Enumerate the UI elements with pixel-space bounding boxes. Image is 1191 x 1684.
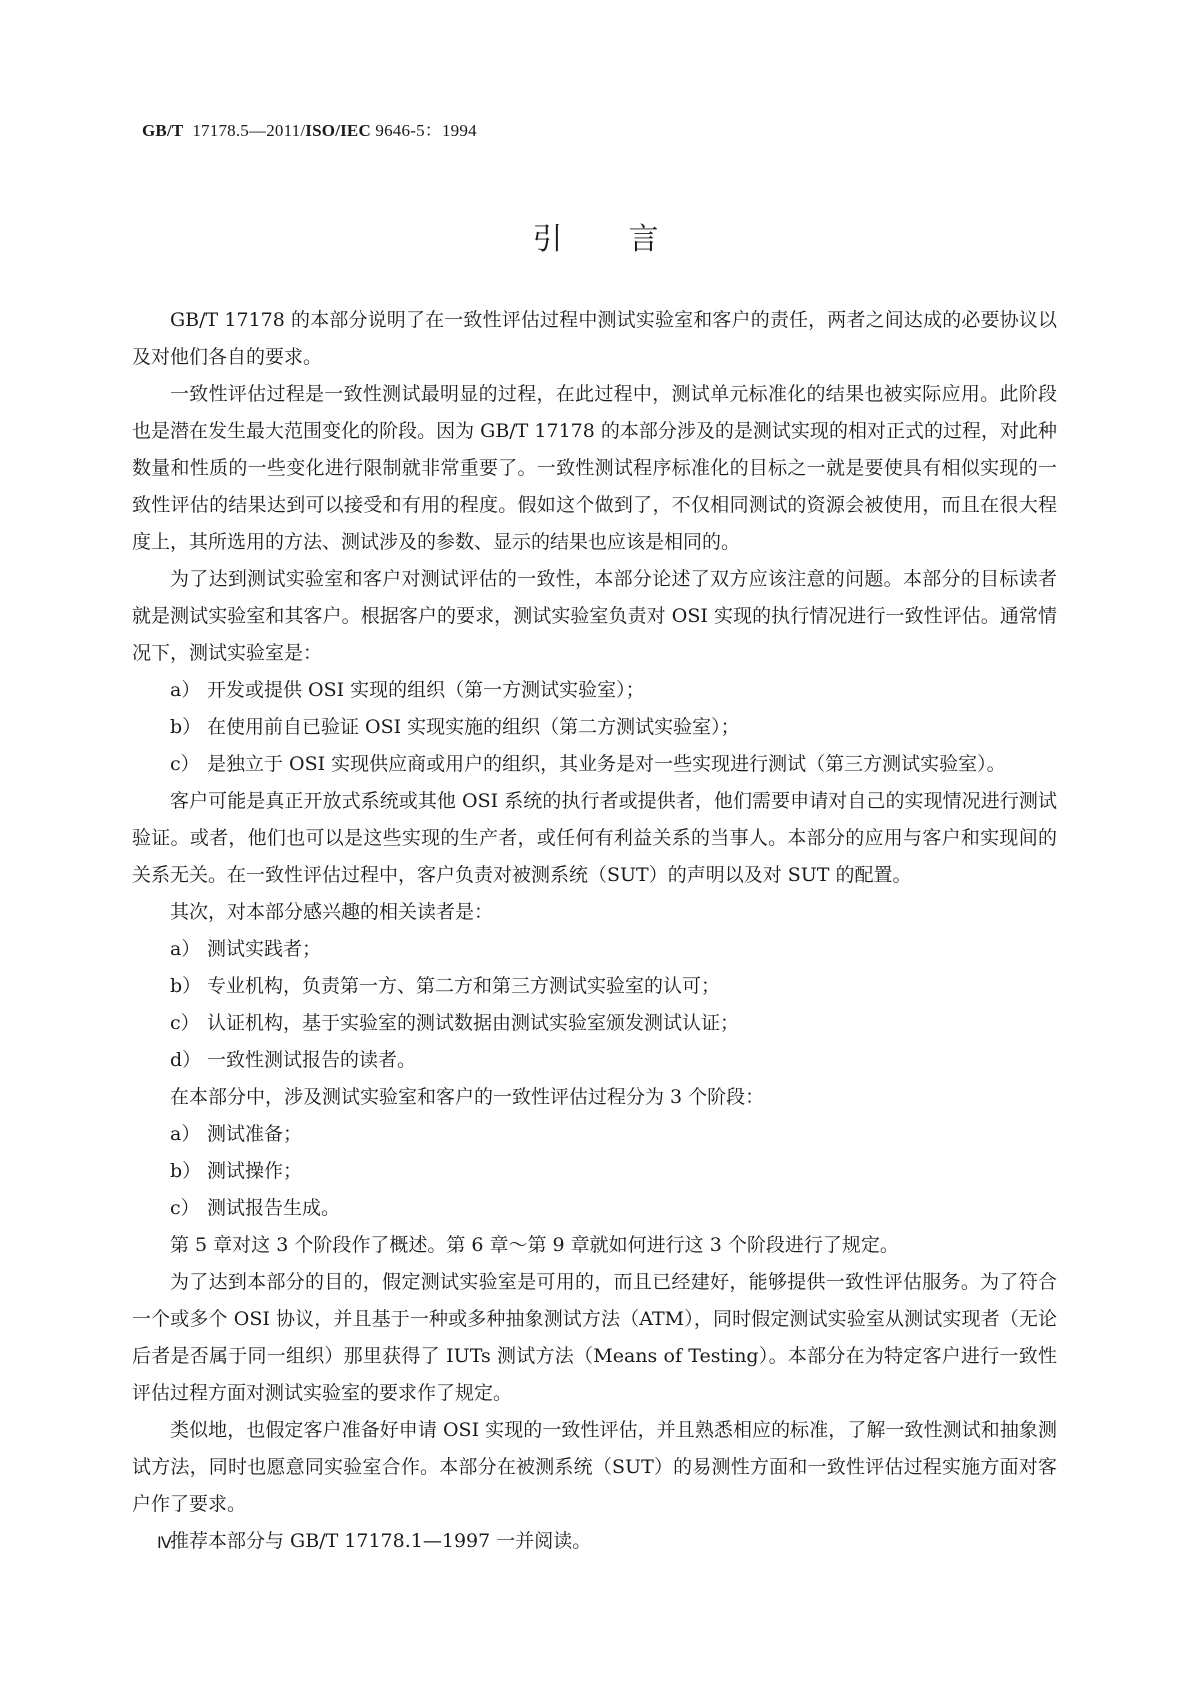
- list-item: a）开发或提供 OSI 实现的组织（第一方测试实验室）；: [132, 672, 1057, 709]
- iso-number: 9646-5：1994: [375, 121, 476, 140]
- paragraph: 一致性评估过程是一致性测试最明显的过程，在此过程中，测试单元标准化的结果也被实际…: [132, 376, 1057, 561]
- list-item: b）在使用前自已验证 OSI 实现实施的组织（第二方测试实验室）；: [132, 709, 1057, 746]
- list-text: 测试报告生成。: [207, 1197, 340, 1219]
- list-text: 测试准备；: [207, 1123, 302, 1145]
- list-label: a）: [170, 672, 207, 709]
- list-text: 测试操作；: [207, 1160, 302, 1182]
- document-body: GB/T 17178 的本部分说明了在一致性评估过程中测试实验室和客户的责任，两…: [132, 302, 1057, 1560]
- paragraph: 为了达到本部分的目的，假定测试实验室是可用的，而且已经建好，能够提供一致性评估服…: [132, 1264, 1057, 1412]
- list-label: b）: [170, 1153, 207, 1190]
- list-item: c）是独立于 OSI 实现供应商或用户的组织，其业务是对一些实现进行测试（第三方…: [132, 746, 1057, 783]
- page-number: Ⅳ: [157, 1533, 172, 1553]
- list-text: 认证机构，基于实验室的测试数据由测试实验室颁发测试认证；: [207, 1012, 739, 1034]
- list-item: b）测试操作；: [132, 1153, 1057, 1190]
- list-item: a）测试准备；: [132, 1116, 1057, 1153]
- list-label: c）: [170, 746, 207, 783]
- paragraph: 类似地，也假定客户准备好申请 OSI 实现的一致性评估，并且熟悉相应的标准，了解…: [132, 1412, 1057, 1523]
- list-label: d）: [170, 1042, 207, 1079]
- list-item: d）一致性测试报告的读者。: [132, 1042, 1057, 1079]
- list-text: 在使用前自已验证 OSI 实现实施的组织（第二方测试实验室）；: [207, 716, 740, 738]
- list-item: c）测试报告生成。: [132, 1190, 1057, 1227]
- list-item: c）认证机构，基于实验室的测试数据由测试实验室颁发测试认证；: [132, 1005, 1057, 1042]
- list-label: b）: [170, 968, 207, 1005]
- list-item: a）测试实践者；: [132, 931, 1057, 968]
- standard-prefix: GB/T: [142, 121, 183, 140]
- iso-prefix: ISO/IEC: [305, 121, 371, 140]
- standard-number: 17178.5—2011/: [192, 121, 305, 140]
- page-title: 引言: [0, 214, 1191, 258]
- list-text: 专业机构，负责第一方、第二方和第三方测试实验室的认可；: [207, 975, 720, 997]
- list-label: c）: [170, 1190, 207, 1227]
- paragraph: 在本部分中，涉及测试实验室和客户的一致性评估过程分为 3 个阶段：: [132, 1079, 1057, 1116]
- list-label: c）: [170, 1005, 207, 1042]
- list-text: 是独立于 OSI 实现供应商或用户的组织，其业务是对一些实现进行测试（第三方测试…: [207, 753, 1006, 775]
- paragraph: 为了达到测试实验室和客户对测试评估的一致性，本部分论述了双方应该注意的问题。本部…: [132, 561, 1057, 672]
- document-header: GB/T 17178.5—2011/ISO/IEC 9646-5：1994: [142, 116, 477, 141]
- paragraph: GB/T 17178 的本部分说明了在一致性评估过程中测试实验室和客户的责任，两…: [132, 302, 1057, 376]
- list-item: b）专业机构，负责第一方、第二方和第三方测试实验室的认可；: [132, 968, 1057, 1005]
- paragraph: 推荐本部分与 GB/T 17178.1—1997 一并阅读。: [132, 1523, 1057, 1560]
- paragraph: 其次，对本部分感兴趣的相关读者是：: [132, 894, 1057, 931]
- list-text: 一致性测试报告的读者。: [207, 1049, 416, 1071]
- list-label: b）: [170, 709, 207, 746]
- list-text: 开发或提供 OSI 实现的组织（第一方测试实验室）；: [207, 679, 645, 701]
- list-text: 测试实践者；: [207, 938, 321, 960]
- paragraph: 客户可能是真正开放式系统或其他 OSI 系统的执行者或提供者，他们需要申请对自己…: [132, 783, 1057, 894]
- paragraph: 第 5 章对这 3 个阶段作了概述。第 6 章～第 9 章就如何进行这 3 个阶…: [132, 1227, 1057, 1264]
- list-label: a）: [170, 1116, 207, 1153]
- list-label: a）: [170, 931, 207, 968]
